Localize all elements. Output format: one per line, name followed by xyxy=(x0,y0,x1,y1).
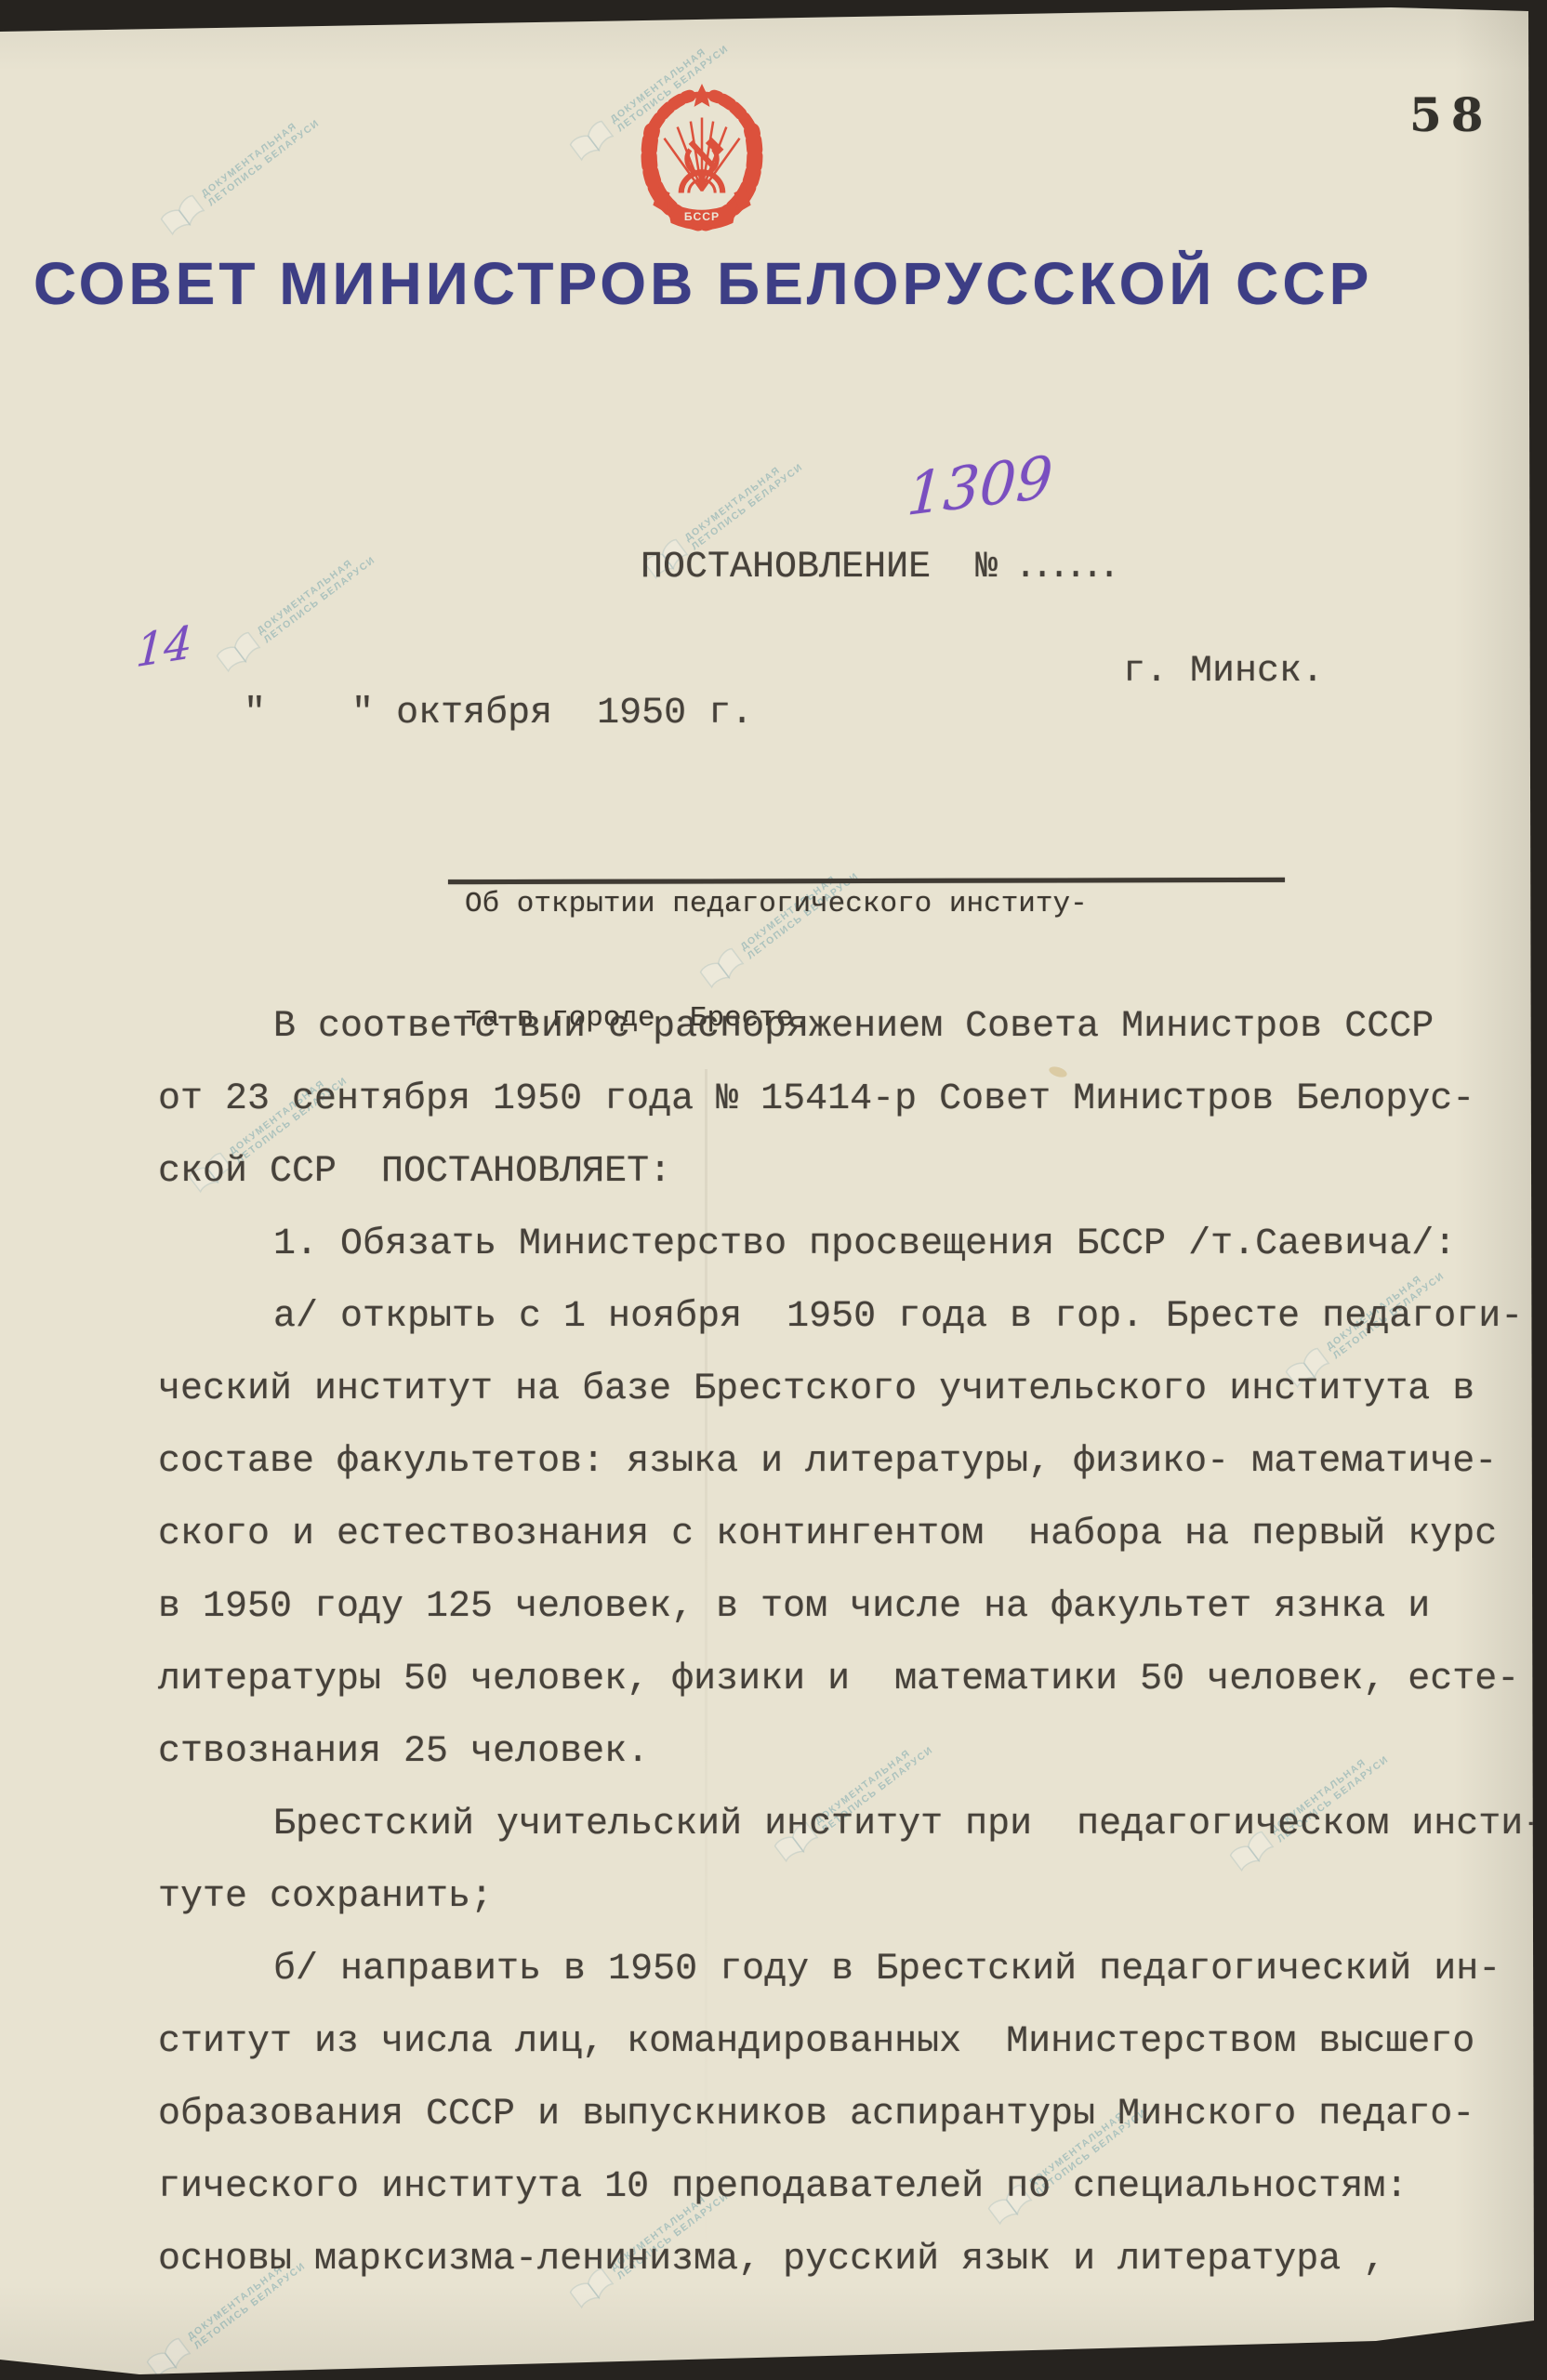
body-line: в 1950 году 125 человек, в том числе на … xyxy=(158,1586,1497,1659)
dateline: "" октября 1950 г. xyxy=(110,651,753,776)
open-quote: " xyxy=(244,693,266,734)
dateline-day-handwritten: 14 xyxy=(135,616,193,679)
body-line: гического института 10 преподавателей по… xyxy=(158,2166,1497,2239)
body-line: составе факультетов: языка и литературы,… xyxy=(158,1441,1497,1514)
typed-date: октября 1950 г. xyxy=(374,693,753,734)
body-line: основы марксизма-ленинизма, русский язык… xyxy=(158,2239,1497,2311)
letterhead-organization: СОВЕТ МИНИСТРОВ БЕЛОРУССКОЙ ССР xyxy=(33,249,1521,318)
body-line: ствознания 25 человек. xyxy=(158,1731,1497,1804)
body-text: В соответствии с распоряжением Совета Ми… xyxy=(158,1006,1497,2311)
resolution-heading: ПОСТАНОВЛЕНИЕ №...... xyxy=(507,505,1115,630)
body-line: В соответствии с распоряжением Совета Ми… xyxy=(158,1006,1497,1078)
subject-line-1: Об открытии педагогического институ- xyxy=(465,885,1088,923)
body-line: ческий институт на базе Брестского учите… xyxy=(158,1368,1497,1441)
body-line: а/ открыть с 1 ноября 1950 года в гор. Б… xyxy=(158,1296,1497,1368)
body-line: ститут из числа лиц, командированных Мин… xyxy=(158,2021,1497,2094)
body-line: Брестский учительский институт при педаг… xyxy=(158,1804,1497,1876)
dateline-place: г. Минск. xyxy=(1123,651,1324,693)
body-line: от 23 сентября 1950 года № 15414-р Совет… xyxy=(158,1078,1497,1151)
body-line: ской ССР ПОСТАНОВЛЯЕТ: xyxy=(158,1151,1497,1223)
paper-sheet: ДОКУМЕНТАЛЬНАЯЛЕТОПИСЬ БЕЛАРУСИДОКУМЕНТА… xyxy=(0,0,1547,2380)
body-line: литературы 50 человек, физики и математи… xyxy=(158,1659,1497,1731)
bssr-coat-of-arms-icon: БССР xyxy=(627,80,777,234)
close-quote: " xyxy=(351,693,374,734)
resolution-label: ПОСТАНОВЛЕНИЕ № xyxy=(641,547,998,588)
scanned-document: ДОКУМЕНТАЛЬНАЯЛЕТОПИСЬ БЕЛАРУСИДОКУМЕНТА… xyxy=(0,0,1547,2380)
body-line: 1. Обязать Министерство просвещения БССР… xyxy=(158,1223,1497,1296)
resolution-dotted-line: ...... xyxy=(1014,547,1115,588)
body-line: ского и естествознания с контингентом на… xyxy=(158,1514,1497,1586)
body-line: образования СССР и выпускников аспиранту… xyxy=(158,2094,1497,2166)
body-line: б/ направить в 1950 году в Брестский пед… xyxy=(158,1949,1497,2021)
body-line: туте сохранить; xyxy=(158,1876,1497,1949)
emblem-ribbon-text: БССР xyxy=(684,210,720,223)
page-number: 58 xyxy=(1409,87,1493,142)
